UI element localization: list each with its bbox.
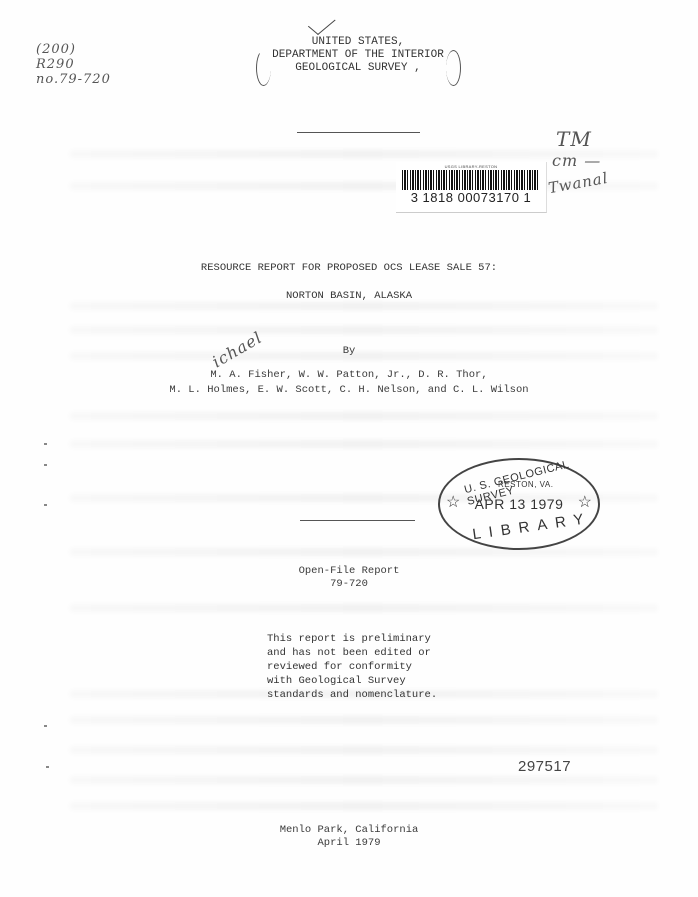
library-received-stamp: U. S. GEOLOGICAL SURVEY RESTON, VA. ☆ AP… xyxy=(438,458,600,550)
check-mark-icon xyxy=(308,12,336,35)
authors-line: M. L. Holmes, E. W. Scott, C. H. Nelson,… xyxy=(0,383,698,398)
disclaimer-line: with Geological Survey xyxy=(267,674,437,688)
bleed-through xyxy=(70,802,658,810)
accession-number: 297517 xyxy=(518,758,571,775)
barcode-number: 3 1818 00073170 1 xyxy=(396,190,546,205)
disclaimer-line: This report is preliminary xyxy=(267,632,437,646)
divider-rule xyxy=(300,520,415,521)
bleed-through xyxy=(70,716,658,724)
report-number: 79-720 xyxy=(0,578,698,591)
bleed-through xyxy=(70,412,658,420)
publication-place: Menlo Park, California xyxy=(0,824,698,837)
bleed-through xyxy=(70,746,658,754)
bleed-through xyxy=(70,776,658,784)
handwritten-note: (200) xyxy=(36,42,111,57)
bleed-through xyxy=(70,548,658,556)
stamp-date: APR 13 1979 xyxy=(440,496,598,512)
disclaimer-line: standards and nomenclature. xyxy=(267,688,437,702)
margin-speck xyxy=(44,504,47,506)
report-identifier: Open-File Report 79-720 xyxy=(0,565,698,591)
document-page: (200) R290 no.79-720 TM cm — Twanal icha… xyxy=(0,0,698,897)
byline: By xyxy=(0,345,698,357)
preliminary-disclaimer: This report is preliminary and has not b… xyxy=(267,632,437,702)
bleed-through xyxy=(70,302,658,310)
bleed-through xyxy=(70,326,658,334)
header-line-country: UNITED STATES, xyxy=(250,36,466,49)
margin-speck xyxy=(46,766,49,768)
stamp-location: RESTON, VA. xyxy=(498,480,553,489)
author-list: M. A. Fisher, W. W. Patton, Jr., D. R. T… xyxy=(0,368,698,398)
agency-header: UNITED STATES, DEPARTMENT OF THE INTERIO… xyxy=(250,36,466,75)
stamp-library-text: LIBRARY xyxy=(471,510,592,544)
barcode-icon xyxy=(402,170,540,190)
handwritten-note: no.79-720 xyxy=(36,72,111,87)
handwritten-margin-notes: TM cm — Twanal xyxy=(556,128,609,194)
header-line-department: DEPARTMENT OF THE INTERIOR xyxy=(250,49,466,62)
report-type: Open-File Report xyxy=(0,565,698,578)
disclaimer-line: and has not been edited or xyxy=(267,646,437,660)
handwritten-note: R290 xyxy=(36,57,111,72)
margin-speck xyxy=(44,443,47,445)
report-subtitle: NORTON BASIN, ALASKA xyxy=(0,290,698,302)
library-barcode-label: USGS LIBRARY-RESTON 3 1818 00073170 1 xyxy=(396,162,547,213)
margin-speck xyxy=(44,725,47,727)
handwritten-call-number: (200) R290 no.79-720 xyxy=(36,42,111,87)
authors-line: M. A. Fisher, W. W. Patton, Jr., D. R. T… xyxy=(0,368,698,383)
header-line-agency: GEOLOGICAL SURVEY , xyxy=(250,62,466,75)
bleed-through xyxy=(70,440,658,448)
bleed-through xyxy=(70,604,658,612)
divider-rule xyxy=(297,132,420,133)
publication-info: Menlo Park, California April 1979 xyxy=(0,824,698,850)
publication-date: April 1979 xyxy=(0,837,698,850)
handwritten-note: TM xyxy=(556,128,609,150)
margin-speck xyxy=(44,464,47,466)
disclaimer-line: reviewed for conformity xyxy=(267,660,437,674)
report-title: RESOURCE REPORT FOR PROPOSED OCS LEASE S… xyxy=(0,262,698,274)
barcode-library-label: USGS LIBRARY-RESTON xyxy=(396,162,546,169)
